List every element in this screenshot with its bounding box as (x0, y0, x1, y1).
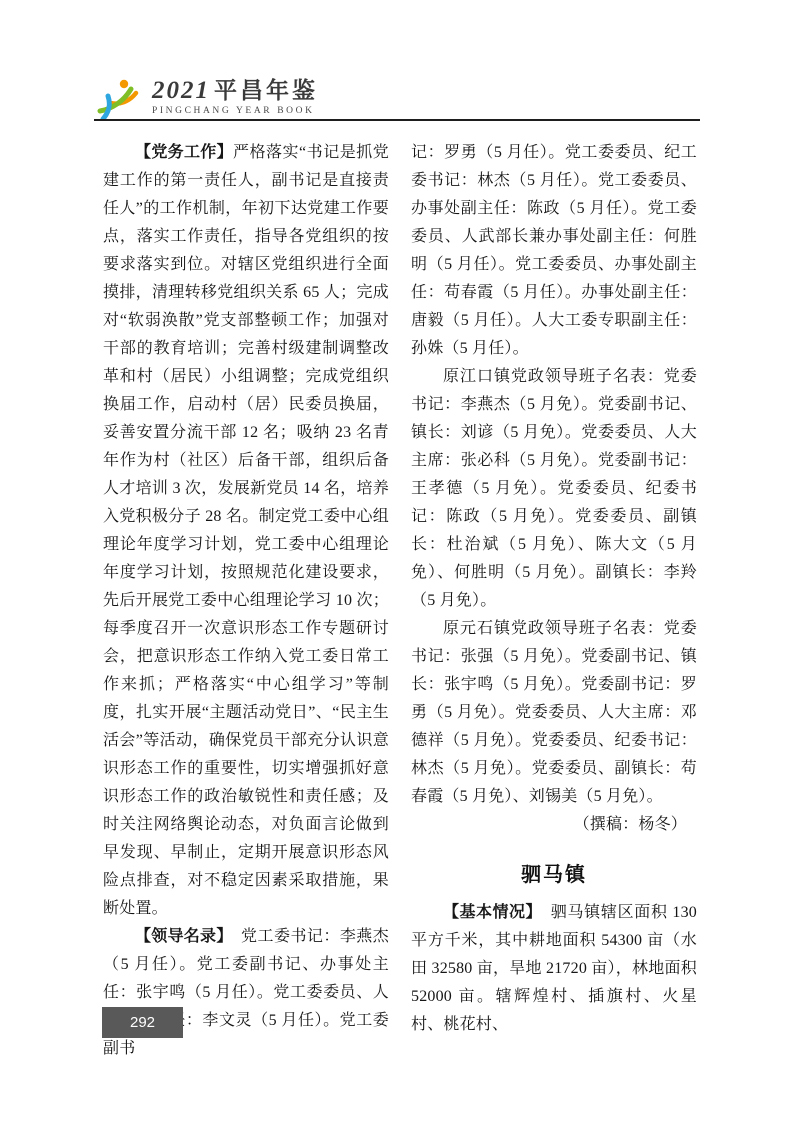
paragraph-jiangkou-roster: 原江口镇党政领导班子名表：党委书记：李燕杰（5 月免）。党委副书记、镇长：刘谚（… (411, 363, 697, 615)
page-number-badge: 292 (102, 1007, 183, 1038)
byline: （撰稿：杨冬） (411, 811, 697, 839)
paragraph-basic-situation-text: 驷马镇辖区面积 130 平方千米，其中耕地面积 54300 亩（水田 32580… (411, 904, 697, 1033)
masthead-year: 2021 (152, 78, 210, 103)
paragraph-leader-roster: 【领导名录】 党工委书记：李燕杰（5 月任）。党工委副书记、办事处主任：张宇鸣（… (103, 923, 389, 1063)
left-column: 【党务工作】严格落实“书记是抓党建工作的第一责任人，副书记是直接责任人”的工作机… (103, 139, 389, 1063)
right-column: 记：罗勇（5 月任）。党工委委员、纪工委书记：林杰（5 月任）。党工委委员、办事… (411, 139, 697, 1063)
paragraph-yuanshi-roster: 原元石镇党政领导班子名表：党委书记：张强（5 月免）。党委副书记、镇长：张宇鸣（… (411, 615, 697, 811)
article-body: 【党务工作】严格落实“书记是抓党建工作的第一责任人，副书记是直接责任人”的工作机… (103, 139, 697, 1063)
bracket-label-leader-roster: 【领导名录】 (135, 928, 225, 945)
bracket-label-party-work: 【党务工作】 (135, 144, 233, 161)
paragraph-basic-situation: 【基本情况】 驷马镇辖区面积 130 平方千米，其中耕地面积 54300 亩（水… (411, 899, 697, 1039)
yearbook-logo-icon (94, 76, 142, 120)
paragraph-party-work-text: 严格落实“书记是抓党建工作的第一责任人，副书记是直接责任人”的工作机制，年初下达… (103, 144, 389, 917)
yearbook-page: 2021 平昌年鉴 PINGCHANG YEAR BOOK 【党务工作】严格落实… (0, 0, 793, 1122)
masthead-subtitle: PINGCHANG YEAR BOOK (152, 106, 318, 116)
section-heading-sima-town: 驷马镇 (411, 863, 697, 887)
bracket-label-basic-situation: 【基本情况】 (443, 904, 534, 921)
paragraph-leader-roster-continued: 记：罗勇（5 月任）。党工委委员、纪工委书记：林杰（5 月任）。党工委委员、办事… (411, 139, 697, 363)
paragraph-party-work: 【党务工作】严格落实“书记是抓党建工作的第一责任人，副书记是直接责任人”的工作机… (103, 139, 389, 923)
masthead-title: 平昌年鉴 (214, 79, 318, 102)
page-header: 2021 平昌年鉴 PINGCHANG YEAR BOOK (94, 76, 700, 120)
masthead: 2021 平昌年鉴 PINGCHANG YEAR BOOK (152, 76, 318, 116)
header-rule (94, 119, 700, 121)
